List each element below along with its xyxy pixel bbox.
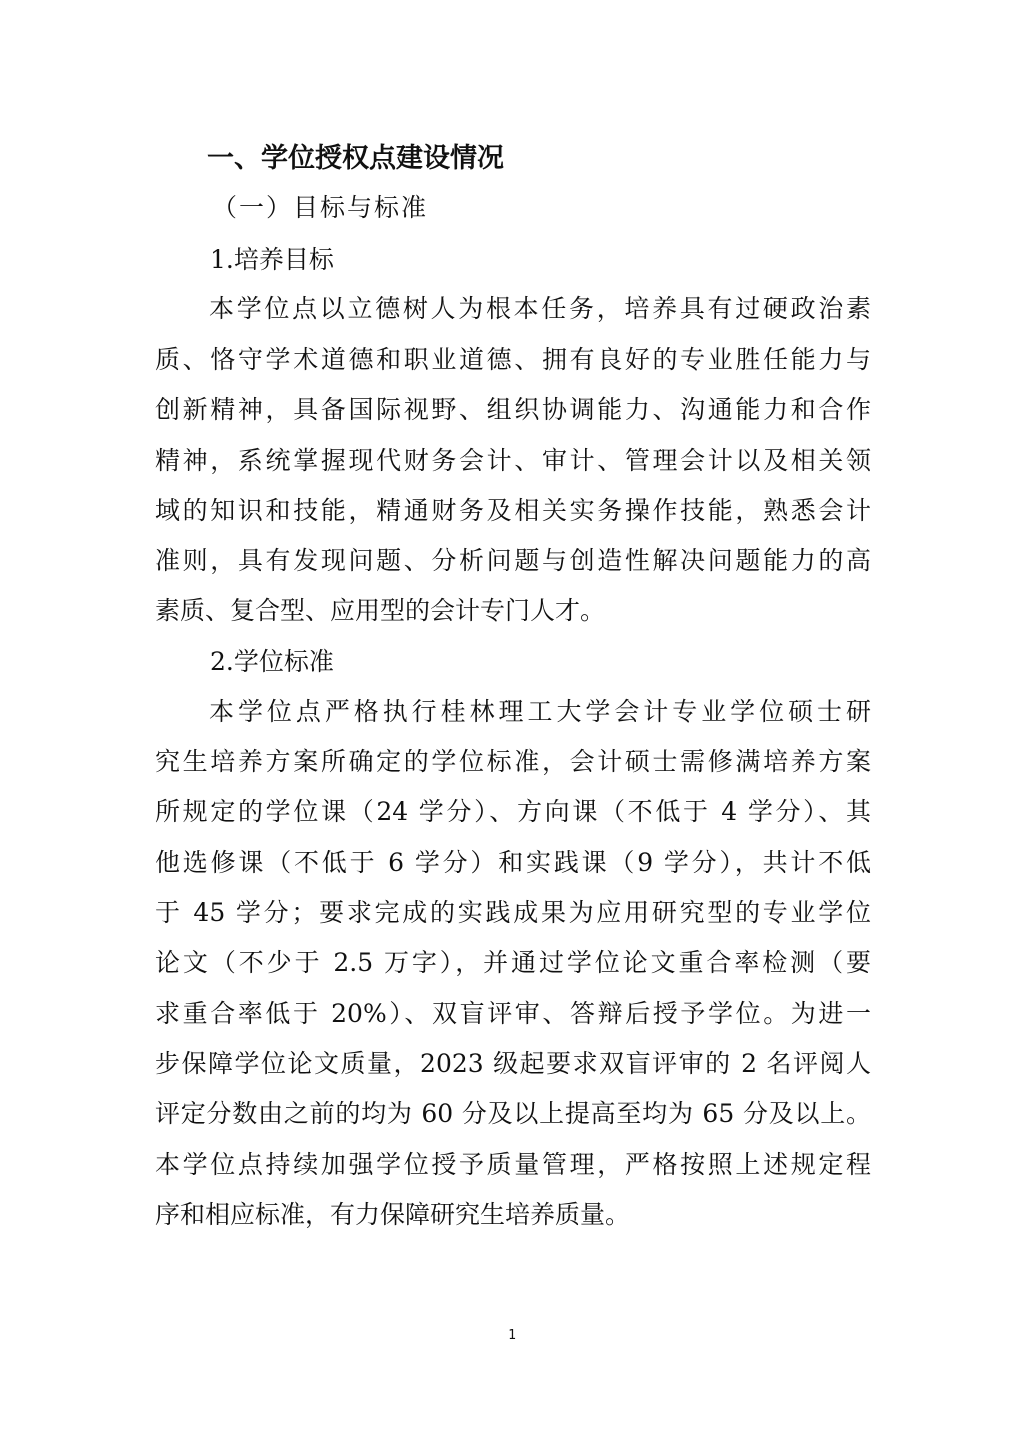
heading-degree-standards: 2.学位标准 — [210, 642, 334, 678]
paragraph-line: 本学位点以立德树人为根本任务，培养具有过硬政治素 — [209, 291, 871, 327]
paragraph-line: 素质、复合型、应用型的会计专门人才。 — [155, 593, 605, 629]
heading-subsection-1: （一）目标与标准 — [212, 188, 428, 224]
paragraph-line: 精神，系统掌握现代财务会计、审计、管理会计以及相关领 — [155, 443, 871, 479]
paragraph-line: 求重合率低于 20%）、双盲评审、答辩后授予学位。为进一 — [155, 996, 871, 1032]
paragraph-line: 于 45 学分；要求完成的实践成果为应用研究型的专业学位 — [155, 895, 871, 931]
paragraph-line: 质、恪守学术道德和职业道德、拥有良好的专业胜任能力与 — [155, 342, 871, 378]
heading-training-goals: 1.培养目标 — [210, 240, 334, 276]
paragraph-line: 创新精神，具备国际视野、组织协调能力、沟通能力和合作 — [155, 392, 871, 428]
paragraph-line: 本学位点严格执行桂林理工大学会计专业学位硕士研 — [209, 694, 871, 730]
paragraph-line: 域的知识和技能，精通财务及相关实务操作技能，熟悉会计 — [155, 493, 871, 529]
paragraph-line: 评定分数由之前的均为 60 分及以上提高至均为 65 分及以上。 — [155, 1096, 871, 1132]
paragraph-line: 论文（不少于 2.5 万字），并通过学位论文重合率检测（要 — [155, 945, 871, 981]
paragraph-line: 序和相应标准，有力保障研究生培养质量。 — [155, 1197, 630, 1233]
paragraph-line: 准则，具有发现问题、分析问题与创造性解决问题能力的高 — [155, 543, 871, 579]
page-number: 1 — [0, 1328, 1024, 1343]
paragraph-line: 究生培养方案所确定的学位标准，会计硕士需修满培养方案 — [155, 744, 871, 780]
heading-section-1: 一、学位授权点建设情况 — [207, 136, 504, 175]
paragraph-line: 本学位点持续加强学位授予质量管理，严格按照上述规定程 — [155, 1147, 871, 1183]
document-page: 一、学位授权点建设情况 （一）目标与标准 1.培养目标 本学位点以立德树人为根本… — [0, 0, 1024, 1448]
paragraph-line: 步保障学位论文质量，2023 级起要求双盲评审的 2 名评阅人 — [155, 1046, 871, 1082]
paragraph-line: 所规定的学位课（24 学分）、方向课（不低于 4 学分）、其 — [155, 794, 871, 830]
paragraph-line: 他选修课（不低于 6 学分）和实践课（9 学分），共计不低 — [155, 845, 871, 881]
